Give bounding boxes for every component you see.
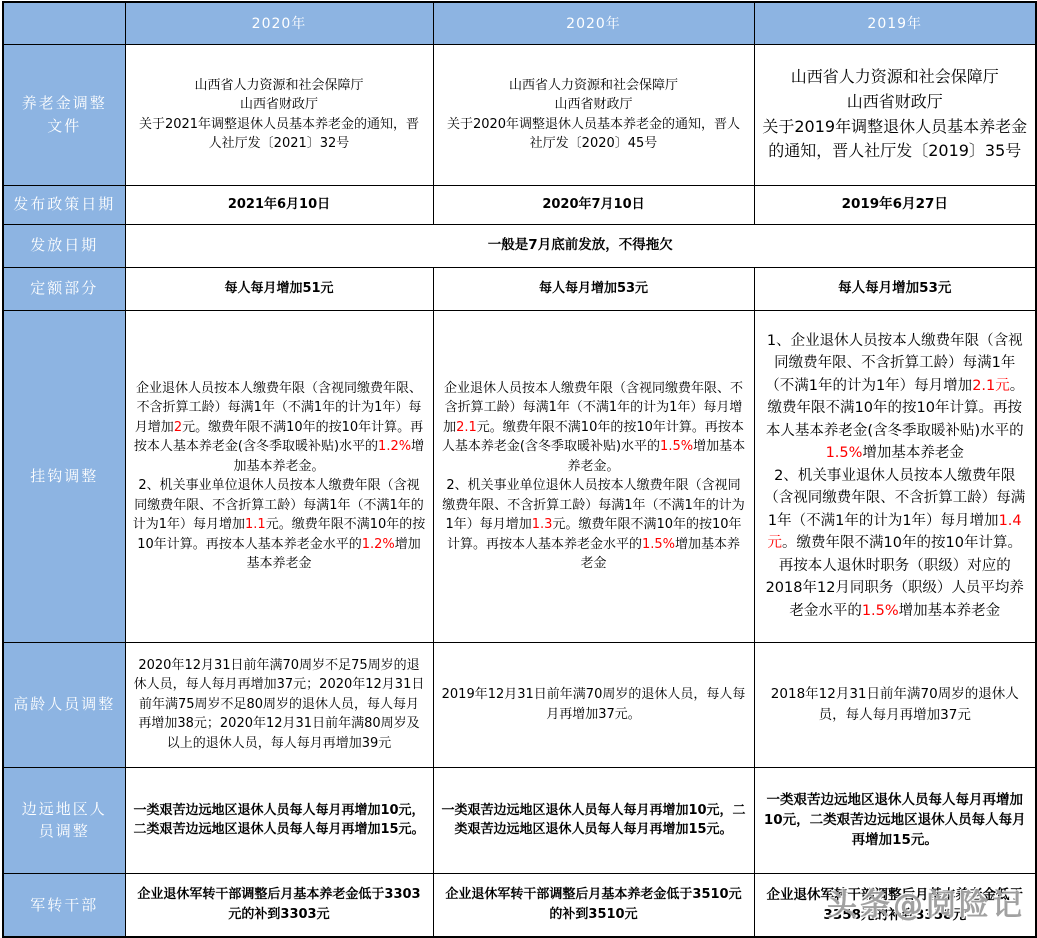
publish-date-2019: 2019年6月27日 — [754, 185, 1036, 224]
publish-date-2021: 2021年6月10日 — [125, 185, 433, 224]
header-row: 2020年 2020年 2019年 — [3, 2, 1036, 44]
row-military-cadres: 军转干部 企业退休军转干部调整后月基本养老金低于3303元的补到3303元 企业… — [3, 873, 1036, 937]
row-label-file: 养老金调整 文件 — [3, 44, 125, 185]
highlighted-value: 1.5% — [862, 603, 899, 619]
linked-cell-2019: 1、企业退休人员按本人缴费年限（含视同缴费年限、不含折算工龄）每满1年（不满1年… — [754, 310, 1036, 642]
row-pay-date: 发放日期 一般是7月底前发放，不得拖欠 — [3, 224, 1036, 267]
highlighted-value: 2 — [174, 420, 182, 435]
agency-line-2: 山西省财政厅 — [762, 90, 1029, 115]
pay-date-merged-cell: 一般是7月底前发放，不得拖欠 — [125, 224, 1036, 267]
remote-cell-2020: 一类艰苦边远地区退休人员每人每月再增加10元，二类艰苦边远地区退休人员每人每月再… — [433, 767, 754, 873]
row-linked-adjustment: 挂钩调整 企业退休人员按本人缴费年限（含视同缴费年限、不含折算工龄）每满1年（不… — [3, 310, 1036, 642]
row-label-linked: 挂钩调整 — [3, 310, 125, 642]
year-header-col3: 2019年 — [754, 2, 1036, 44]
file-cell-2020: 山西省人力资源和社会保障厅 山西省财政厅 关于2020年调整退休人员基本养老金的… — [433, 44, 754, 185]
agency-line-1: 山西省人力资源和社会保障厅 — [133, 76, 426, 96]
highlighted-value: 2.1元 — [972, 378, 1010, 394]
row-elderly-adjustment: 高龄人员调整 2020年12月31日前年满70周岁不足75周岁的退休人员，每人每… — [3, 642, 1036, 767]
highlighted-value: 2.1 — [456, 420, 477, 435]
highlighted-value: 1.2% — [378, 439, 411, 454]
text-segment: 增加基本养老金 2、机关事业退休人员按本人缴费年限（含视同缴费年限、不含折算工龄… — [764, 445, 1025, 528]
row-fixed-amount: 定额部分 每人每月增加51元 每人每月增加53元 每人每月增加53元 — [3, 267, 1036, 310]
military-cell-2021: 企业退休军转干部调整后月基本养老金低于3303元的补到3303元 — [125, 873, 433, 937]
linked-cell-2021: 企业退休人员按本人缴费年限（含视同缴费年限、不含折算工龄）每满1年（不满1年的计… — [125, 310, 433, 642]
row-label-remote: 边远地区人 员调整 — [3, 767, 125, 873]
row-remote-area-adjustment: 边远地区人 员调整 一类艰苦边远地区退休人员每人每月再增加10元，二类艰苦边远地… — [3, 767, 1036, 873]
publish-date-2020: 2020年7月10日 — [433, 185, 754, 224]
notice-title: 关于2021年调整退休人员基本养老金的通知，晋人社厅发〔2021〕32号 — [133, 115, 426, 154]
elderly-cell-2021: 2020年12月31日前年满70周岁不足75周岁的退休人员，每人每月再增加37元… — [125, 642, 433, 767]
row-label-fixed: 定额部分 — [3, 267, 125, 310]
year-header-col2: 2020年 — [433, 2, 754, 44]
pension-adjustment-table: 2020年 2020年 2019年 养老金调整 文件 山西省人力资源和社会保障厅… — [2, 1, 1037, 938]
row-adjustment-file: 养老金调整 文件 山西省人力资源和社会保障厅 山西省财政厅 关于2021年调整退… — [3, 44, 1036, 185]
military-cell-2019: 企业退休军转干部调整后月基本养老金低于3358元的补到3358元 — [754, 873, 1036, 937]
text-segment: 增加基本养老金 — [899, 603, 1001, 619]
agency-line-2: 山西省财政厅 — [133, 95, 426, 115]
notice-title: 关于2020年调整退休人员基本养老金的通知，晋人社厅发〔2020〕45号 — [441, 115, 747, 154]
military-cell-2020: 企业退休军转干部调整后月基本养老金低于3510元的补到3510元 — [433, 873, 754, 937]
linked-cell-2020: 企业退休人员按本人缴费年限（含视同缴费年限、不含折算工龄）每满1年（不满1年的计… — [433, 310, 754, 642]
agency-line-1: 山西省人力资源和社会保障厅 — [762, 65, 1029, 90]
fixed-cell-2020: 每人每月增加53元 — [433, 267, 754, 310]
agency-line-1: 山西省人力资源和社会保障厅 — [441, 76, 747, 96]
elderly-cell-2019: 2018年12月31日前年满70周岁的退休人员，每人每月再增加37元 — [754, 642, 1036, 767]
fixed-cell-2021: 每人每月增加51元 — [125, 267, 433, 310]
row-label-military: 军转干部 — [3, 873, 125, 937]
highlighted-value: 1.5% — [826, 445, 863, 461]
notice-title: 关于2019年调整退休人员基本养老金的通知，晋人社厅发〔2019〕35号 — [762, 115, 1029, 165]
row-publish-date: 发布政策日期 2021年6月10日 2020年7月10日 2019年6月27日 — [3, 185, 1036, 224]
agency-line-2: 山西省财政厅 — [441, 95, 747, 115]
row-label-elderly: 高龄人员调整 — [3, 642, 125, 767]
highlighted-value: 1.5% — [660, 439, 693, 454]
year-header-col1: 2020年 — [125, 2, 433, 44]
fixed-cell-2019: 每人每月增加53元 — [754, 267, 1036, 310]
highlighted-value: 1.3 — [532, 517, 553, 532]
file-cell-2021: 山西省人力资源和社会保障厅 山西省财政厅 关于2021年调整退休人员基本养老金的… — [125, 44, 433, 185]
highlighted-value: 1.2% — [362, 537, 395, 552]
row-label-pay-date: 发放日期 — [3, 224, 125, 267]
highlighted-value: 1.5% — [642, 537, 675, 552]
elderly-cell-2020: 2019年12月31日前年满70周岁的退休人员，每人每月再增加37元。 — [433, 642, 754, 767]
file-cell-2019: 山西省人力资源和社会保障厅 山西省财政厅 关于2019年调整退休人员基本养老金的… — [754, 44, 1036, 185]
remote-cell-2021: 一类艰苦边远地区退休人员每人每月再增加10元，二类艰苦边远地区退休人员每人每月再… — [125, 767, 433, 873]
highlighted-value: 1.1 — [245, 517, 266, 532]
corner-cell — [3, 2, 125, 44]
row-label-publish-date: 发布政策日期 — [3, 185, 125, 224]
remote-cell-2019: 一类艰苦边远地区退休人员每人每月再增加10元，二类艰苦边远地区退休人员每人每月再… — [754, 767, 1036, 873]
pension-comparison-page: 2020年 2020年 2019年 养老金调整 文件 山西省人力资源和社会保障厅… — [0, 1, 1037, 936]
